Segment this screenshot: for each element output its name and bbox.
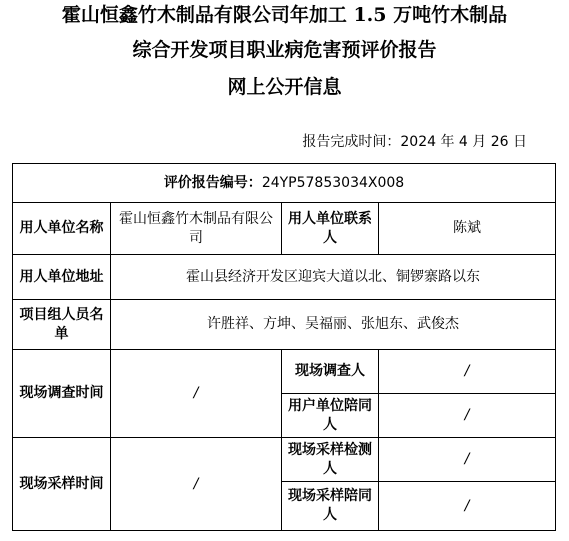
employer-address-label: 用人单位地址 — [13, 255, 111, 300]
sampling-time-label: 现场采样时间 — [13, 438, 111, 531]
table-row: 现场调查时间 / 现场调查人 / — [13, 350, 556, 394]
report-number-label: 评价报告编号： — [164, 175, 262, 191]
employer-name-label: 用人单位名称 — [13, 203, 111, 255]
project-team-value: 许胜祥、方坤、吴福丽、张旭东、武俊杰 — [111, 300, 556, 350]
employer-address-value: 霍山县经济开发区迎宾大道以北、铜锣寨路以东 — [111, 255, 556, 300]
report-number-cell: 评价报告编号：24YP57853034X008 — [13, 164, 556, 203]
sampling-escort-value: / — [379, 482, 556, 531]
sampling-time-value: / — [111, 438, 282, 531]
report-number-value: 24YP57853034X008 — [262, 175, 404, 191]
employer-contact-label: 用人单位联系人 — [282, 203, 379, 255]
document-title-line-1: 霍山恒鑫竹木制品有限公司年加工 1.5 万吨竹木制品 — [0, 3, 569, 27]
employer-name-value: 霍山恒鑫竹木制品有限公司 — [111, 203, 282, 255]
table-row: 评价报告编号：24YP57853034X008 — [13, 164, 556, 203]
document-title-line-2: 综合开发项目职业病危害预评价报告 — [0, 38, 569, 62]
table-row: 现场采样时间 / 现场采样检测人 / — [13, 438, 556, 482]
sampler-label: 现场采样检测人 — [282, 438, 379, 482]
survey-escort-value: / — [379, 394, 556, 438]
table-row: 项目组人员名单 许胜祥、方坤、吴福丽、张旭东、武俊杰 — [13, 300, 556, 350]
info-table: 评价报告编号：24YP57853034X008 用人单位名称 霍山恒鑫竹木制品有… — [12, 163, 556, 531]
table-row: 用人单位名称 霍山恒鑫竹木制品有限公司 用人单位联系人 陈斌 — [13, 203, 556, 255]
sampling-escort-label: 现场采样陪同人 — [282, 482, 379, 531]
document-title-line-3: 网上公开信息 — [0, 75, 569, 99]
surveyor-label: 现场调查人 — [282, 350, 379, 394]
sampler-value: / — [379, 438, 556, 482]
survey-time-label: 现场调查时间 — [13, 350, 111, 438]
table-row: 用人单位地址 霍山县经济开发区迎宾大道以北、铜锣寨路以东 — [13, 255, 556, 300]
surveyor-value: / — [379, 350, 556, 394]
project-team-label: 项目组人员名单 — [13, 300, 111, 350]
report-completion-date: 报告完成时间：2024 年 4 月 26 日 — [302, 133, 527, 151]
survey-escort-label: 用户单位陪同人 — [282, 394, 379, 438]
survey-time-value: / — [111, 350, 282, 438]
employer-contact-value: 陈斌 — [379, 203, 556, 255]
